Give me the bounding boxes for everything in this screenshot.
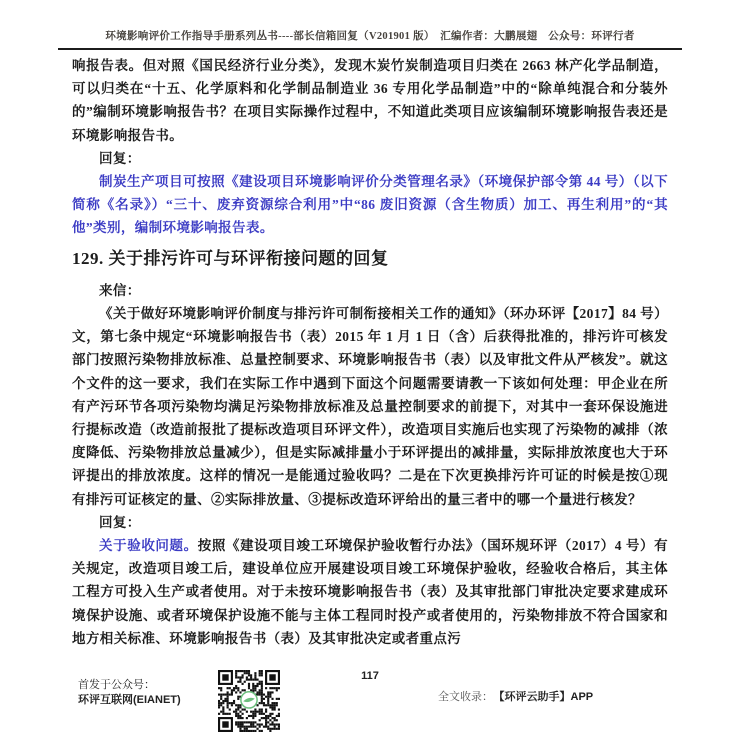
reply2-body: 按照《建设项目竣工环境保护验收暂行办法》（国环规环评（2017）4 号）有关规定… bbox=[72, 538, 668, 646]
collection-app-name: 【环评云助手】APP bbox=[499, 691, 593, 703]
letter-label: 来信： bbox=[72, 279, 668, 302]
reply2-lead: 关于验收问题。 bbox=[99, 538, 198, 553]
reply1-text: 制炭生产项目可按照《建设项目环境影响评价分类管理名录》（环境保护部令第 44 号… bbox=[72, 170, 668, 240]
reply1-label: 回复： bbox=[72, 147, 668, 170]
collection-prefix: 全文收录： bbox=[438, 691, 493, 703]
page-header: 环境影响评价工作指导手册系列丛书----部长信箱回复（V201901 版） 汇编… bbox=[58, 28, 682, 50]
qr-code-icon bbox=[218, 670, 280, 732]
carryover-paragraph: 响报告表。但对照《国民经济行业分类》，发现木炭竹炭制造项目归类在 2663 林产… bbox=[72, 54, 668, 147]
publisher-line2: 环评互联网(EIANET) bbox=[78, 693, 181, 708]
item-129-heading: 129. 关于排污许可与环评衔接问题的回复 bbox=[72, 247, 668, 270]
page-footer: 117 首发于公众号： 环评互联网(EIANET) 全文收录：【环评云助手】AP… bbox=[0, 668, 740, 740]
document-body: 响报告表。但对照《国民经济行业分类》，发现木炭竹炭制造项目归类在 2663 林产… bbox=[72, 54, 668, 668]
publisher-line1: 首发于公众号： bbox=[78, 678, 181, 693]
reply2-paragraph: 关于验收问题。按照《建设项目竣工环境保护验收暂行办法》（国环规环评（2017）4… bbox=[72, 534, 668, 650]
document-page: 环境影响评价工作指导手册系列丛书----部长信箱回复（V201901 版） 汇编… bbox=[0, 0, 740, 740]
publisher-credit: 首发于公众号： 环评互联网(EIANET) bbox=[78, 678, 181, 708]
reply2-label: 回复： bbox=[72, 511, 668, 534]
collection-note: 全文收录：【环评云助手】APP bbox=[438, 688, 593, 704]
letter-paragraph: 《关于做好环境影响评价制度与排污许可制衔接相关工作的通知》（环办环评【2017】… bbox=[72, 302, 668, 511]
